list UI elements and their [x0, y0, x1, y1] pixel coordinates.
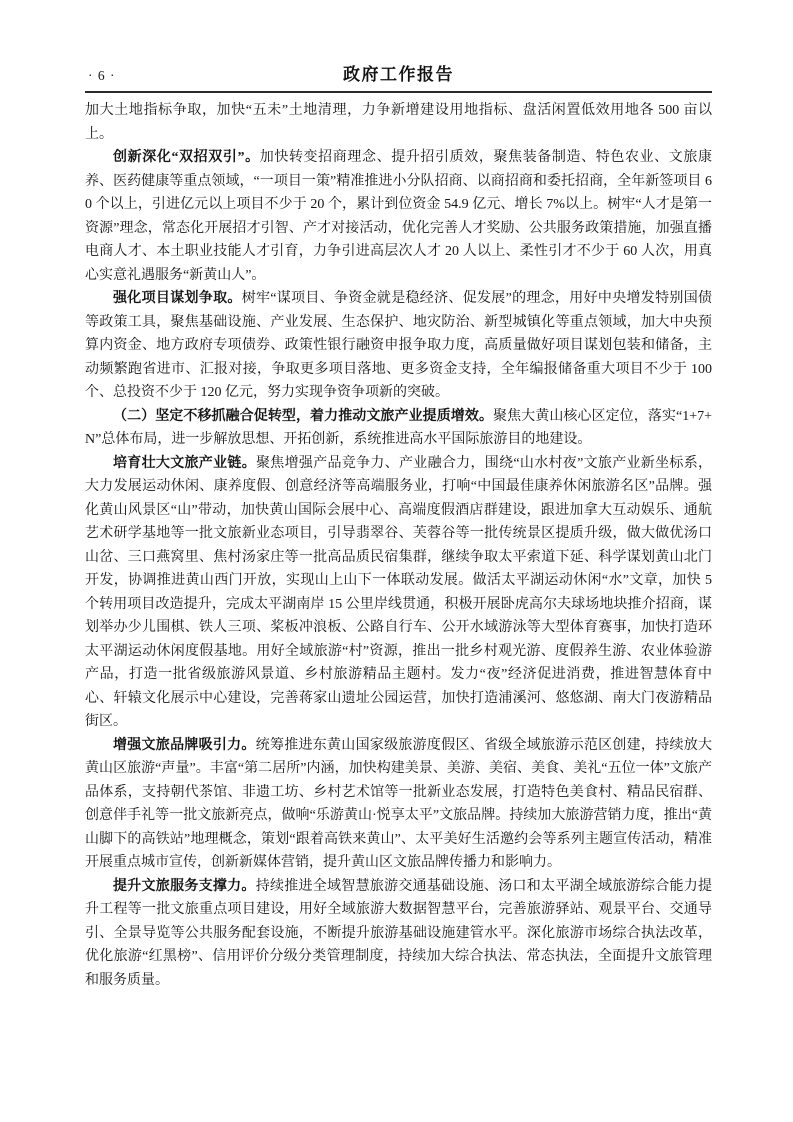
page-header: · 6 · 政府工作报告	[85, 60, 712, 93]
paragraph: （二）坚定不移抓融合促转型，着力推动文旅产业提质增效。聚焦大黄山核心区定位，落实…	[85, 405, 712, 452]
document-page: · 6 · 政府工作报告 加大土地指标争取，加快“五未”土地清理，力争新增建设用…	[0, 0, 793, 1122]
paragraph: 增强文旅品牌吸引力。统筹推进东黄山国家级旅游度假区、省级全域旅游示范区创建，持续…	[85, 734, 712, 875]
paragraph-lead: 强化项目谋划争取。	[113, 291, 242, 306]
paragraph: 创新深化“双招双引”。加快转变招商理念、提升招引质效，聚焦装备制造、特色农业、文…	[85, 146, 712, 287]
paragraph: 提升文旅服务支撑力。持续推进全域智慧旅游交通基础设施、汤口和太平湖全域旅游综合能…	[85, 875, 712, 993]
paragraph: 强化项目谋划争取。树牢“谋项目、争资金就是稳经济、促发展”的理念，用好中央增发特…	[85, 287, 712, 405]
paragraph: 培育壮大文旅产业链。聚焦增强产品竞争力、产业融合力，围绕“山水村夜”文旅产业新坐…	[85, 452, 712, 734]
paragraph-lead: 提升文旅服务支撑力。	[113, 879, 256, 894]
paragraph-lead: （二）坚定不移抓融合促转型，着力推动文旅产业提质增效。	[113, 409, 493, 424]
paragraph-lead: 增强文旅品牌吸引力。	[113, 738, 256, 753]
page-title: 政府工作报告	[85, 60, 712, 85]
paragraph-lead: 创新深化“双招双引”。	[113, 150, 260, 165]
document-body: 加大土地指标争取，加快“五未”土地清理，力争新增建设用地指标、盘活闲置低效用地各…	[85, 99, 712, 992]
paragraph-lead: 培育壮大文旅产业链。	[113, 456, 256, 471]
paragraph: 加大土地指标争取，加快“五未”土地清理，力争新增建设用地指标、盘活闲置低效用地各…	[85, 99, 712, 146]
